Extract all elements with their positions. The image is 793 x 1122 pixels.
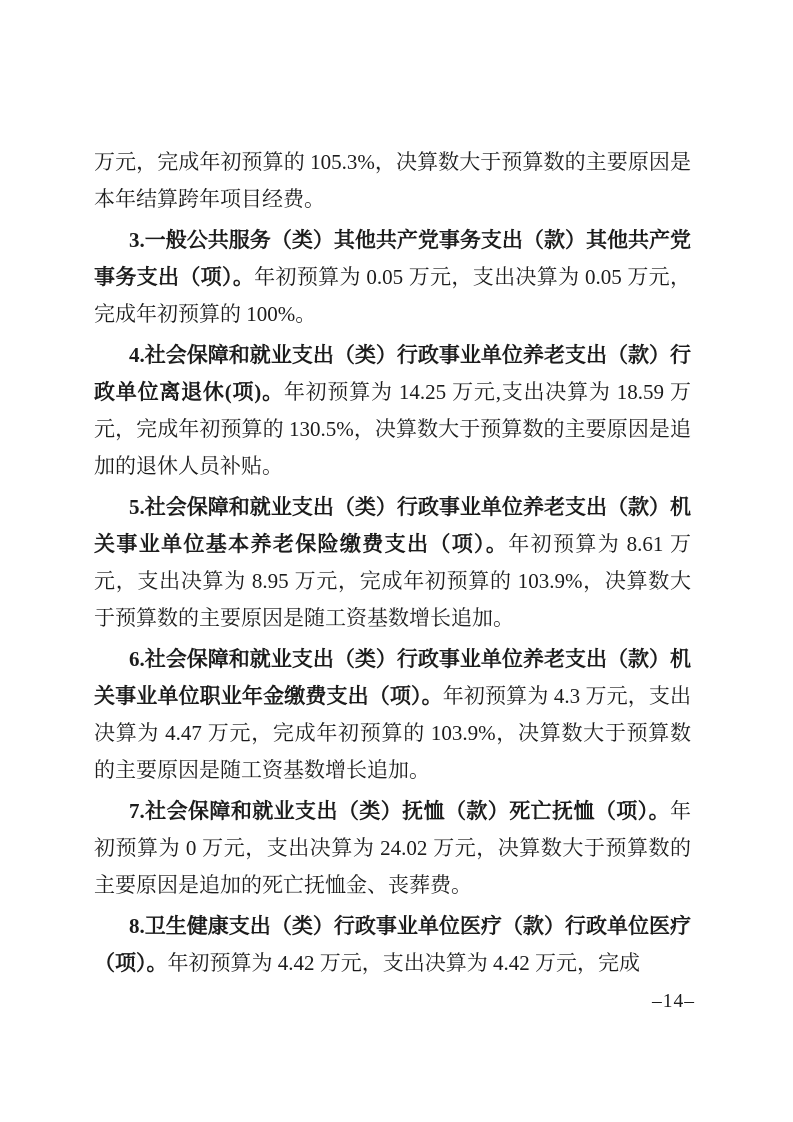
paragraph: 8.卫生健康支出（类）行政事业单位医疗（款）行政单位医疗（项）。年初预算为 4.… [94, 908, 691, 982]
text-run: 万元，完成年初预算的 105.3%，决算数大于预算数的主要原因是本年结算跨年项目… [94, 150, 691, 211]
text-run: 年初预算为 4.42 万元，支出决算为 4.42 万元，完成 [168, 951, 641, 975]
paragraph: 7.社会保障和就业支出（类）抚恤（款）死亡抚恤（项）。年初预算为 0 万元，支出… [94, 793, 691, 904]
paragraph: 4.社会保障和就业支出（类）行政事业单位养老支出（款）行政单位离退休(项)。年初… [94, 337, 691, 485]
paragraph: 5.社会保障和就业支出（类）行政事业单位养老支出（款）机关事业单位基本养老保险缴… [94, 489, 691, 637]
paragraph: 万元，完成年初预算的 105.3%，决算数大于预算数的主要原因是本年结算跨年项目… [94, 144, 691, 218]
document-body: 万元，完成年初预算的 105.3%，决算数大于预算数的主要原因是本年结算跨年项目… [94, 144, 691, 982]
paragraph: 3.一般公共服务（类）其他共产党事务支出（款）其他共产党事务支出（项）。年初预算… [94, 222, 691, 333]
page-number: –14– [0, 991, 793, 1013]
paragraph: 6.社会保障和就业支出（类）行政事业单位养老支出（款）机关事业单位职业年金缴费支… [94, 641, 691, 789]
document-page: 万元，完成年初预算的 105.3%，决算数大于预算数的主要原因是本年结算跨年项目… [0, 0, 793, 1122]
heading-run: 7.社会保障和就业支出（类）抚恤（款）死亡抚恤（项）。 [129, 799, 670, 823]
